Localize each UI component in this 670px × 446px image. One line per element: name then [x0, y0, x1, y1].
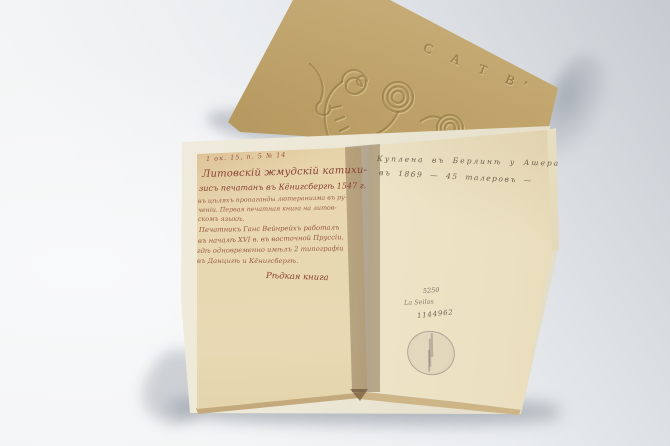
pencil-price-mark: 5250 [423, 286, 440, 295]
photo-scene: C A T Bʼ 1 ок. 15, п. 5 № 14 Литовскiй ж… [0, 0, 670, 446]
handwriting-annotation: скомъ языкѣ. [198, 216, 245, 223]
rare-book-note: Рѣдкая книга [266, 271, 329, 283]
pencil-shelfmark: La Seilas [404, 297, 434, 307]
handwriting-annotation: въ Данцигѣ и Кёнигсбергѣ. [197, 257, 298, 265]
